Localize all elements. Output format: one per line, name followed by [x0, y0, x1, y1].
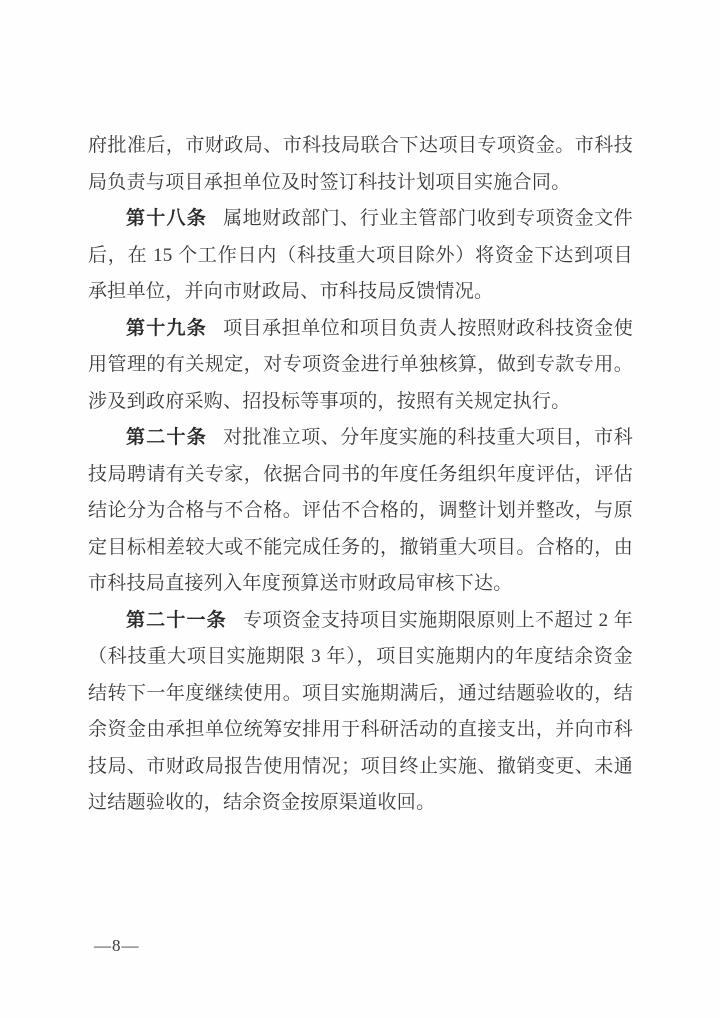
clause-article-20: 第二十条对批准立项、分年度实施的科技重大项目，市科技局聘请有关专家，依据合同书的…	[88, 420, 633, 603]
page-number: —8—	[94, 936, 140, 956]
clause-heading: 第十八条	[126, 208, 207, 229]
clause-text: 专项资金支持项目实施期限原则上不超过 2 年（科技重大项目实施期限 3 年），项…	[88, 610, 633, 814]
clause-heading: 第二十条	[126, 427, 207, 448]
clause-article-19: 第十九条项目承担单位和项目负责人按照财政科技资金使用管理的有关规定，对专项资金进…	[88, 311, 633, 421]
clause-article-18: 第十八条属地财政部门、行业主管部门收到专项资金文件后，在 15 个工作日内（科技…	[88, 201, 633, 311]
document-body: 府批准后，市财政局、市科技局联合下达项目专项资金。市科技局负责与项目承担单位及时…	[88, 128, 633, 822]
scanned-document-page: 府批准后，市财政局、市科技局联合下达项目专项资金。市科技局负责与项目承担单位及时…	[0, 0, 720, 1018]
clause-text: 对批准立项、分年度实施的科技重大项目，市科技局聘请有关专家，依据合同书的年度任务…	[88, 427, 633, 594]
clause-heading: 第二十一条	[126, 610, 227, 631]
clause-heading: 第十九条	[126, 318, 207, 339]
paragraph-text: 府批准后，市财政局、市科技局联合下达项目专项资金。市科技局负责与项目承担单位及时…	[88, 135, 633, 193]
paragraph-continuation: 府批准后，市财政局、市科技局联合下达项目专项资金。市科技局负责与项目承担单位及时…	[88, 128, 633, 201]
clause-article-21: 第二十一条专项资金支持项目实施期限原则上不超过 2 年（科技重大项目实施期限 3…	[88, 603, 633, 822]
